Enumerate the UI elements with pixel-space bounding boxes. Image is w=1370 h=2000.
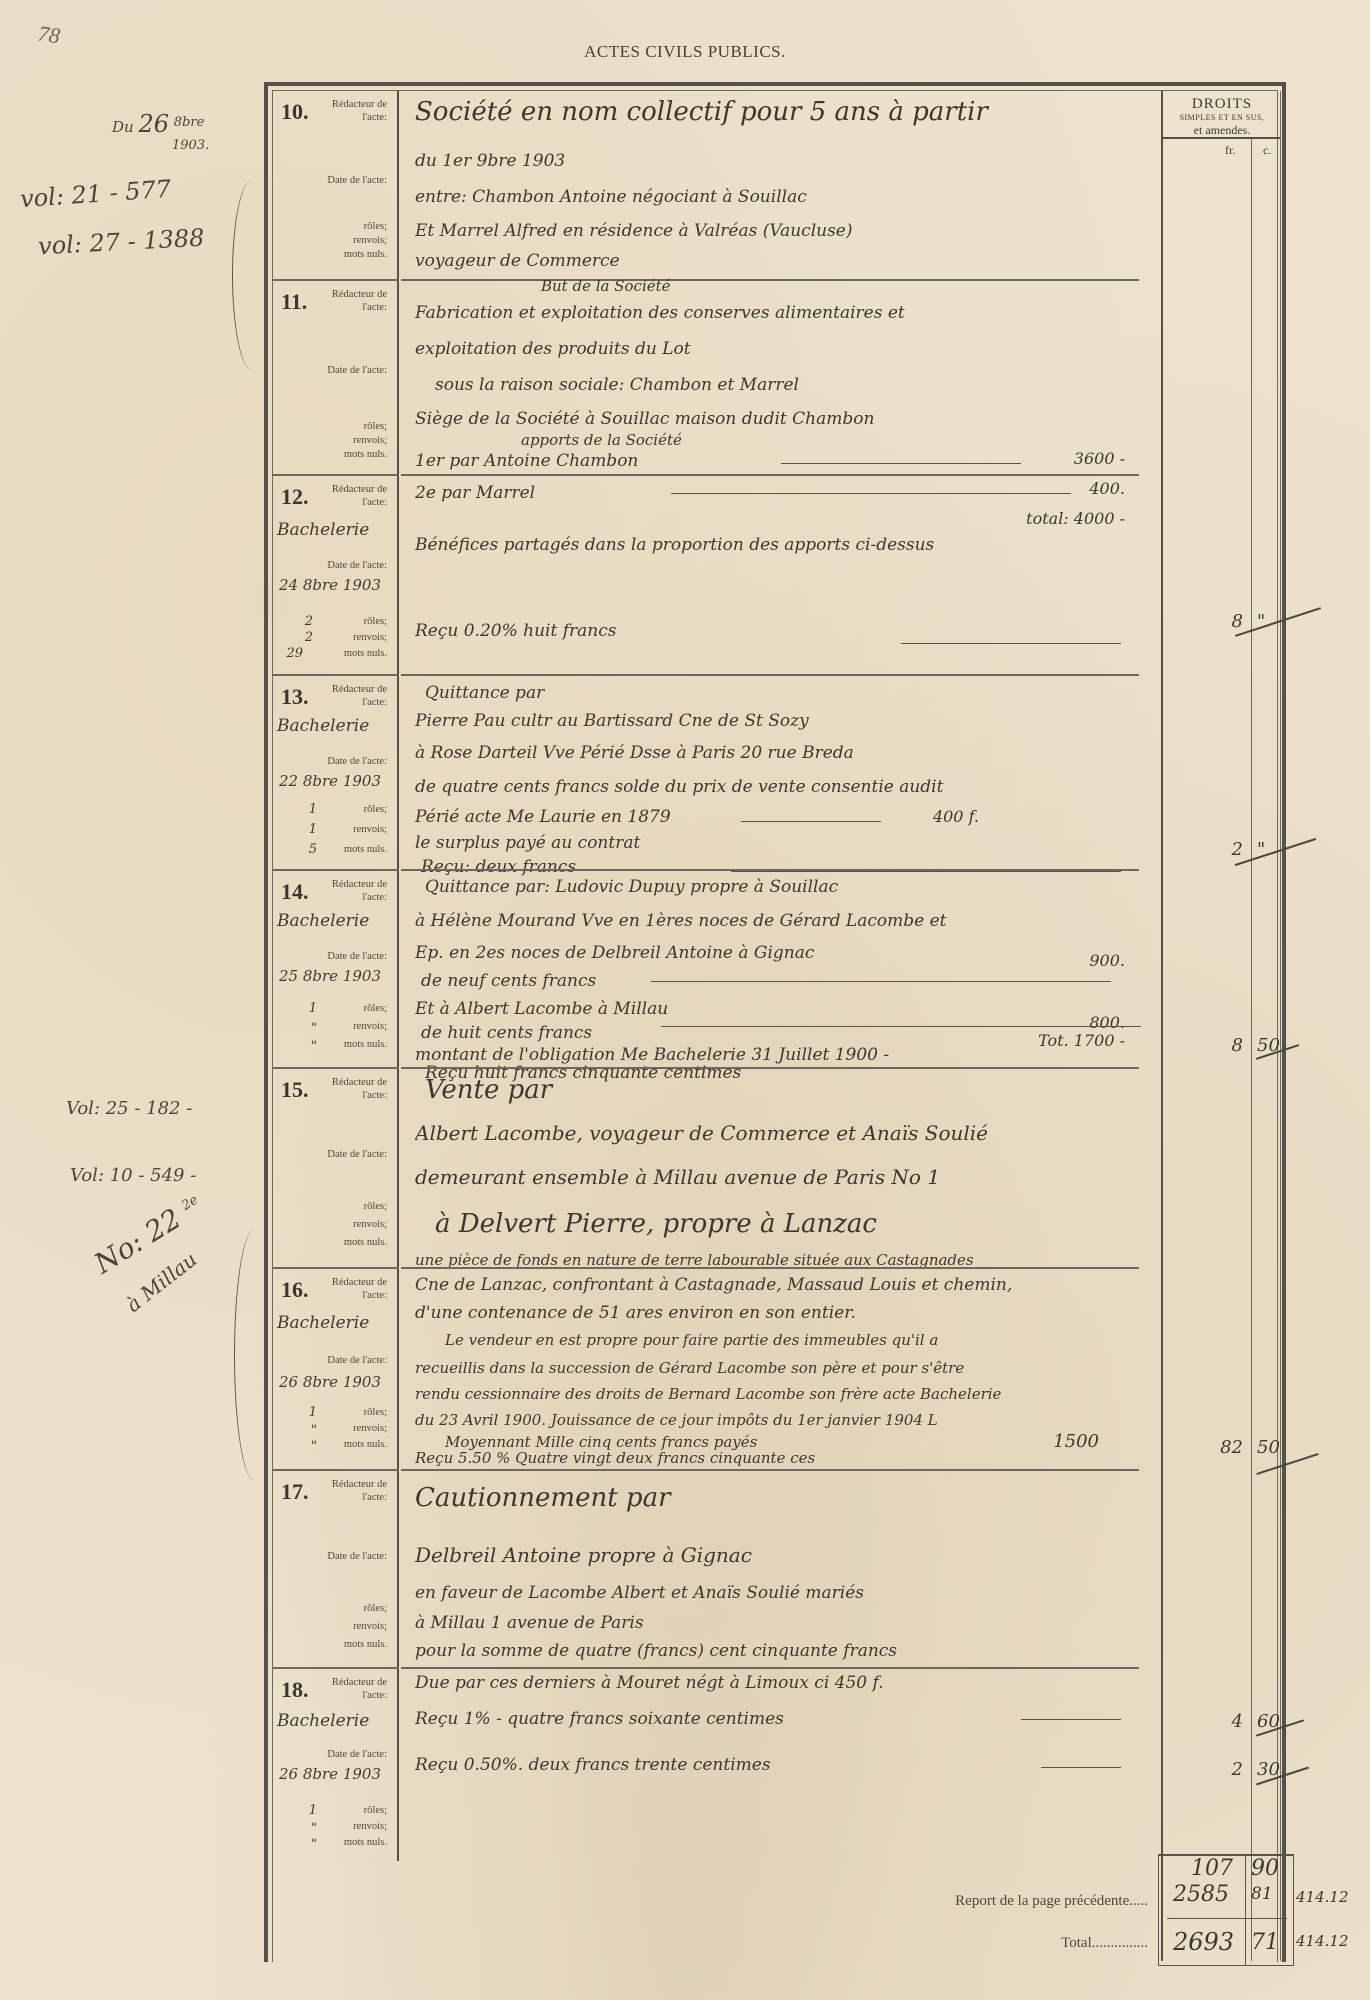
mots-nuls-label: mots nuls. (283, 1639, 387, 1652)
redacteur-label: Rédacteur de l'acte: (317, 684, 387, 709)
mots-nuls-label: mots nuls. (283, 648, 387, 661)
entry-17-labels: 17. Rédacteur de l'acte: Date de l'acte:… (273, 1471, 399, 1669)
entry-body-column: Société en nom collectif pour 5 ans à pa… (401, 91, 1139, 1861)
entry-number: 14. (281, 879, 309, 905)
row-divider (401, 1667, 1139, 1669)
row-divider (401, 674, 1139, 676)
redacteur-value: Bachelerie (277, 911, 369, 931)
body-line: Albert Lacombe, voyageur de Commerce et … (415, 1121, 1133, 1145)
totals-divider (1245, 1856, 1246, 1965)
margin-date-day: 26 (138, 110, 169, 138)
redacteur-label: Rédacteur de l'acte: (317, 289, 387, 314)
body-line: But de la Société (541, 277, 1133, 295)
body-line: rendu cessionnaire des droits de Bernard… (415, 1385, 1133, 1403)
margin-date: Du 26 8bre 1903. (112, 110, 204, 138)
total-centimes: 71 (1251, 1930, 1279, 1955)
redacteur-label: Rédacteur de l'acte: (317, 1479, 387, 1504)
body-line: Quittance par: Ludovic Dupuy propre à So… (425, 877, 1133, 897)
entry-number: 15. (281, 1077, 309, 1103)
renvois-label: renvois; (283, 1423, 387, 1436)
amount: 400. (1089, 479, 1125, 498)
margin-date-prefix: Du (112, 118, 134, 136)
renvois-label: renvois; (283, 632, 387, 645)
date-label: Date de l'acte: (283, 756, 387, 769)
margin-vol-ref: Vol: 10 - 549 - (70, 1165, 196, 1186)
roles-label: rôles; (283, 1603, 387, 1616)
total-francs: 2693 (1173, 1928, 1234, 1956)
mots-nuls-label: mots nuls. (283, 844, 387, 857)
body-line: recueillis dans la succession de Gérard … (415, 1359, 1133, 1377)
renvois-label: renvois; (283, 1219, 387, 1232)
date-value: 26 8bre 1903 (279, 1373, 381, 1391)
body-line: du 23 Avril 1900. Jouissance de ce jour … (415, 1411, 1133, 1429)
amount: total: 4000 - (1026, 509, 1125, 528)
body-line: à Hélène Mourand Vve en 1ères noces de G… (415, 911, 1133, 931)
entry-15-labels: 15. Rédacteur de l'acte: Date de l'acte:… (273, 1069, 399, 1269)
droits-header: DROITS SIMPLES ET EN SUS, et amendes. (1163, 91, 1281, 139)
margin-vol-ref: Vol: 25 - 182 - (66, 1098, 192, 1119)
mots-nuls-label: mots nuls. (283, 1039, 387, 1052)
body-line: de quatre cents francs solde du prix de … (415, 777, 1133, 797)
dash-line (671, 493, 1071, 494)
fee-francs: 8 (1163, 1035, 1243, 1056)
body-line: Reçu 0.20% huit francs (415, 621, 1133, 641)
roles-label: rôles; (283, 1201, 387, 1214)
roles-label: rôles; (283, 1805, 387, 1818)
strike-mark (1235, 607, 1321, 637)
body-line: Ep. en 2es noces de Delbreil Antoine à G… (415, 943, 1133, 963)
renvois-label: renvois; (283, 235, 387, 248)
body-line: Le vendeur en est propre pour faire part… (445, 1331, 1133, 1349)
droits-column: DROITS SIMPLES ET EN SUS, et amendes. fr… (1161, 91, 1281, 1961)
roles-label: rôles; (283, 804, 387, 817)
roles-label: rôles; (283, 221, 387, 234)
body-line: apports de la Société (521, 431, 1133, 449)
redacteur-value: Bachelerie (277, 716, 369, 736)
body-line: Fabrication et exploitation des conserve… (415, 303, 1133, 323)
totals-box: 107 90 2585 81 2693 71 (1158, 1854, 1294, 1966)
body-line: entre: Chambon Antoine négociant à Souil… (415, 187, 1133, 207)
entry-number: 13. (281, 684, 309, 710)
amount: 900. (1089, 951, 1125, 970)
body-line: Reçu 0.50%. deux francs trente centimes (415, 1755, 1133, 1775)
body-line: Cautionnement par (415, 1483, 1133, 1513)
date-label: Date de l'acte: (283, 1749, 387, 1762)
register-inner-frame: 10. Rédacteur de l'acte: Date de l'acte:… (272, 90, 1278, 1962)
body-line: Siège de la Société à Souillac maison du… (415, 409, 1133, 429)
entry-12-labels: 12. Rédacteur de l'acte: Bachelerie Date… (273, 476, 399, 676)
redacteur-label: Rédacteur de l'acte: (317, 1077, 387, 1102)
body-line: Et à Albert Lacombe à Millau (415, 999, 1133, 1019)
mots-nuls-label: mots nuls. (283, 449, 387, 462)
entry-number: 12. (281, 484, 309, 510)
row-divider (401, 1267, 1139, 1269)
body-line: exploitation des produits du Lot (415, 339, 1133, 359)
entry-14-labels: 14. Rédacteur de l'acte: Bachelerie Date… (273, 871, 399, 1069)
body-line: Reçu: deux francs (421, 857, 1133, 877)
body-line: le surplus payé au contrat (415, 833, 1133, 853)
total-label: Total............... (1061, 1935, 1148, 1952)
body-line: Bénéfices partagés dans la proportion de… (415, 535, 1133, 555)
entry-16-labels: 16. Rédacteur de l'acte: Bachelerie Date… (273, 1269, 399, 1471)
page-sum-francs: 107 (1191, 1856, 1233, 1881)
margin-vol-ref: vol: 21 - 577 (19, 175, 172, 213)
fee-francs: 8 (1163, 611, 1243, 632)
entry-number: 17. (281, 1479, 309, 1505)
redacteur-value: Bachelerie (277, 520, 369, 540)
renvois-label: renvois; (283, 1021, 387, 1034)
droits-title: DROITS (1163, 95, 1281, 113)
body-line: Périé acte Me Laurie en 1879 (415, 807, 1133, 827)
droits-subtitle: SIMPLES ET EN SUS, (1163, 113, 1281, 123)
mots-nuls-label: mots nuls. (283, 249, 387, 262)
body-line: Reçu 5.50 % Quatre vingt deux francs cin… (415, 1449, 1133, 1467)
dash-line (1041, 1767, 1121, 1768)
dash-line (731, 871, 1121, 872)
dash-line (781, 463, 1021, 464)
fee-francs: 4 (1163, 1711, 1243, 1732)
margin-date-year: 1903. (172, 138, 209, 153)
entry-number: 10. (281, 99, 309, 125)
body-line: Pierre Pau cultr au Bartissard Cne de St… (415, 711, 1133, 731)
margin-date-month: 8bre (174, 115, 205, 130)
entry-label-column: 10. Rédacteur de l'acte: Date de l'acte:… (273, 91, 399, 1861)
body-line: 1er par Antoine Chambon (415, 451, 1133, 471)
date-value: 24 8bre 1903 (279, 576, 381, 594)
margin-number-sup: 2e (179, 1193, 200, 1214)
renvois-label: renvois; (283, 435, 387, 448)
renvois-label: renvois; (283, 1821, 387, 1834)
body-line: Société en nom collectif pour 5 ans à pa… (415, 97, 1133, 127)
body-line: du 1er 9bre 1903 (415, 151, 1133, 171)
fee-francs: 2 (1163, 1759, 1243, 1780)
fr-c-divider (1251, 139, 1252, 1961)
fee-centimes: 50 (1257, 1437, 1280, 1458)
roles-label: rôles; (283, 421, 387, 434)
entry-11-labels: 11. Rédacteur de l'acte: Date de l'acte:… (273, 281, 399, 476)
row-divider (401, 1067, 1139, 1069)
entry-number: 18. (281, 1677, 309, 1703)
entry-number: 11. (281, 289, 307, 315)
register-table: 10. Rédacteur de l'acte: Date de l'acte:… (264, 82, 1286, 1962)
body-line: Vente par (425, 1075, 1133, 1105)
roles-label: rôles; (283, 616, 387, 629)
body-line: en faveur de Lacombe Albert et Anaïs Sou… (415, 1583, 1133, 1603)
date-label: Date de l'acte: (283, 1149, 387, 1162)
redacteur-label: Rédacteur de l'acte: (317, 99, 387, 124)
body-line: demeurant ensemble à Millau avenue de Pa… (415, 1165, 1133, 1189)
report-francs: 2585 (1173, 1882, 1229, 1907)
page-sum-centimes: 90 (1251, 1856, 1279, 1881)
row-divider (401, 474, 1139, 476)
date-label: Date de l'acte: (283, 175, 387, 188)
total-extra: 414.12 (1296, 1932, 1349, 1950)
entry-10-labels: 10. Rédacteur de l'acte: Date de l'acte:… (273, 91, 399, 281)
totals-rule (1167, 1918, 1287, 1919)
roles-label: rôles; (283, 1003, 387, 1016)
redacteur-label: Rédacteur de l'acte: (317, 1677, 387, 1702)
entry-number: 16. (281, 1277, 309, 1303)
body-line: Quittance par (425, 683, 1133, 703)
body-line: sous la raison sociale: Chambon et Marre… (435, 375, 1133, 395)
strike-mark (1235, 838, 1316, 866)
amount: 3600 - (1074, 449, 1125, 468)
date-label: Date de l'acte: (283, 365, 387, 378)
date-value: 25 8bre 1903 (279, 967, 381, 985)
body-line: d'une contenance de 51 ares environ en s… (415, 1303, 1133, 1323)
renvois-label: renvois; (283, 1621, 387, 1634)
date-label: Date de l'acte: (283, 1551, 387, 1564)
body-line: montant de l'obligation Me Bachelerie 31… (415, 1045, 1133, 1065)
francs-header: fr. (1225, 143, 1235, 158)
dash-line (1021, 1719, 1121, 1720)
entry-18-labels: 18. Rédacteur de l'acte: Bachelerie Date… (273, 1669, 399, 1861)
droits-inner-border (1280, 91, 1281, 1961)
amount: 400 f. (933, 807, 979, 826)
body-line: à Millau 1 avenue de Paris (415, 1613, 1133, 1633)
redacteur-label: Rédacteur de l'acte: (317, 484, 387, 509)
body-line: à Rose Darteil Vve Périé Dsse à Paris 20… (415, 743, 1133, 763)
left-margin: Du 26 8bre 1903. vol: 21 - 577 vol: 27 -… (0, 0, 262, 2000)
mots-nuls-label: mots nuls. (283, 1439, 387, 1452)
date-label: Date de l'acte: (283, 560, 387, 573)
body-line: Delbreil Antoine propre à Gignac (415, 1543, 1133, 1567)
date-label: Date de l'acte: (283, 1355, 387, 1368)
report-extra: 414.12 (1296, 1888, 1349, 1906)
droits-subtitle-2: et amendes. (1163, 123, 1281, 137)
body-line: Due par ces derniers à Mouret négt à Lim… (415, 1673, 1133, 1693)
report-label: Report de la page précédente..... (955, 1893, 1148, 1910)
renvois-label: renvois; (283, 824, 387, 837)
row-divider (401, 869, 1139, 871)
dash-line (651, 981, 1111, 982)
body-line: Cne de Lanzac, confrontant à Castagnade,… (415, 1275, 1133, 1295)
fee-francs: 82 (1163, 1437, 1243, 1458)
margin-vol-ref: vol: 27 - 1388 (37, 224, 205, 261)
entry-13-labels: 13. Rédacteur de l'acte: Bachelerie Date… (273, 676, 399, 871)
centimes-header: c. (1263, 143, 1271, 158)
date-label: Date de l'acte: (283, 951, 387, 964)
body-line: voyageur de Commerce (415, 251, 1133, 271)
roles-label: rôles; (283, 1407, 387, 1420)
body-line: à Delvert Pierre, propre à Lanzac (435, 1209, 1133, 1239)
date-value: 26 8bre 1903 (279, 1765, 381, 1783)
dash-line (741, 821, 881, 822)
report-centimes: 81 (1251, 1884, 1273, 1904)
droits-units: fr. c. (1163, 139, 1281, 161)
mots-nuls-label: mots nuls. (283, 1837, 387, 1850)
body-line: Et Marrel Alfred en résidence à Valréas … (415, 221, 1133, 241)
redacteur-label: Rédacteur de l'acte: (317, 879, 387, 904)
redacteur-value: Bachelerie (277, 1313, 369, 1333)
redacteur-value: Bachelerie (277, 1711, 369, 1731)
dash-line (901, 643, 1121, 644)
mots-nuls-label: mots nuls. (283, 1237, 387, 1250)
redacteur-label: Rédacteur de l'acte: (317, 1277, 387, 1302)
dash-line (661, 1026, 1141, 1027)
body-line: pour la somme de quatre (francs) cent ci… (415, 1641, 1133, 1661)
fee-francs: 2 (1163, 839, 1243, 860)
date-value: 22 8bre 1903 (279, 772, 381, 790)
row-divider (401, 1469, 1139, 1471)
